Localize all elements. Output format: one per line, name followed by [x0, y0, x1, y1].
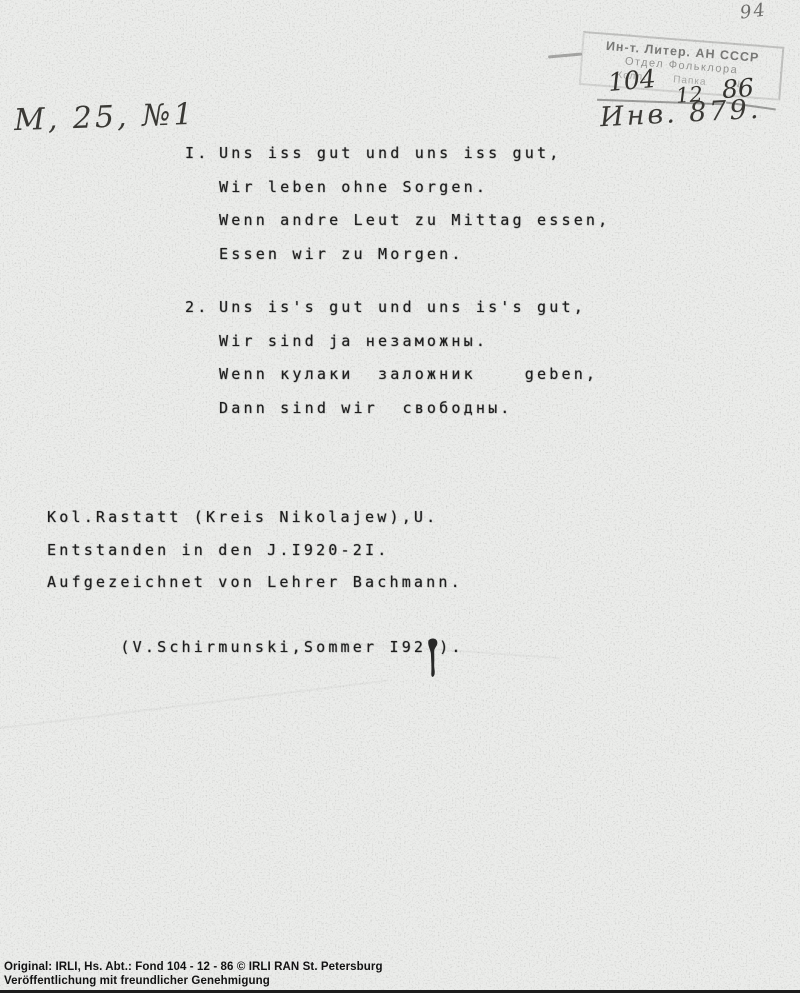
- handwritten-collection-number: 104: [607, 64, 657, 97]
- poem-stanza-2: 2. Uns is's gut und uns is's gut, Wir si…: [219, 291, 598, 425]
- pencil-page-number: 94: [739, 0, 768, 24]
- provenance-line: Entstanden in den J.I920-2I.: [47, 534, 464, 567]
- provenance-line-prefix: (V.Schirmunski,Sommer I92: [120, 638, 426, 656]
- poem-line: Essen wir zu Morgen.: [219, 238, 610, 272]
- provenance-notes: Kol.Rastatt (Kreis Nikolajew),U. Entstan…: [47, 501, 464, 696]
- poem-line: Dann sind wir свободны.: [219, 392, 598, 426]
- poem-line: Wir leben ohne Sorgen.: [219, 171, 610, 205]
- scanned-document-page: 94 Ин-т. Литер. АН СССР Отдел Фольклора …: [0, 0, 800, 993]
- poem-line: Wenn кулаки заложник geben,: [219, 358, 598, 392]
- handwritten-archive-mark: М, 25, №1: [13, 97, 196, 138]
- footer-permission-line: Veröffentlichung mit freundlicher Genehm…: [4, 975, 383, 989]
- ink-blot-correction: [426, 638, 439, 653]
- poem-line: Uns iss gut und uns iss gut,: [219, 137, 610, 171]
- attribution-footer: Original: IRLI, Hs. Abt.: Fond 104 - 12 …: [4, 961, 383, 988]
- provenance-line: Kol.Rastatt (Kreis Nikolajew),U.: [47, 501, 464, 534]
- footer-source-line: Original: IRLI, Hs. Abt.: Fond 104 - 12 …: [4, 961, 383, 975]
- poem-line: Wenn andre Leut zu Mittag essen,: [219, 204, 610, 238]
- provenance-line-suffix: ).: [439, 638, 463, 656]
- stanza-number: I.: [185, 146, 209, 161]
- poem-stanza-1: I. Uns iss gut und uns iss gut, Wir lebe…: [219, 137, 610, 271]
- poem-line: Uns is's gut und uns is's gut,: [219, 291, 598, 325]
- provenance-line: (V.Schirmunski,Sommer I92 ).: [47, 599, 464, 697]
- provenance-line: Aufgezeichnet von Lehrer Bachmann.: [47, 566, 464, 599]
- stanza-number: 2.: [185, 300, 209, 315]
- poem-line: Wir sind ja незаможны.: [219, 325, 598, 359]
- pencil-dash-mark: [548, 53, 582, 58]
